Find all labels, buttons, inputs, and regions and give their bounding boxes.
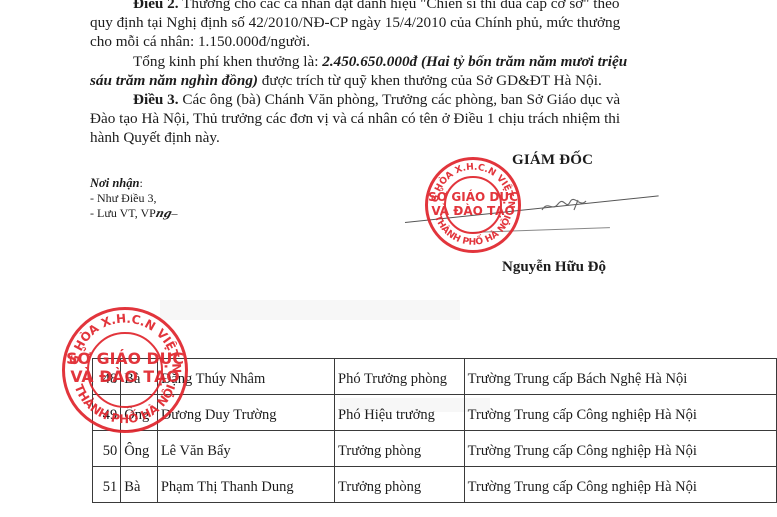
- funding-amount-words: sáu trăm năm nghìn đồng): [90, 72, 258, 89]
- stamp-center-text: SỞ GIÁO DỤCVÀ ĐÀO TẠO: [428, 191, 518, 219]
- row-number-cell: 51: [93, 467, 121, 503]
- recipients-label-text: Nơi nhận: [90, 176, 139, 190]
- stamp-line-2: VÀ ĐÀO TẠO: [65, 368, 185, 386]
- recipient-item-text: - Lưu VT, VP: [90, 206, 156, 220]
- job-position-cell: Phó Hiệu trưởng: [335, 395, 465, 431]
- recipients-block: Nơi nhận: - Như Điều 3, - Lưu VT, VPng–: [90, 176, 178, 221]
- article-2-line-3: cho mỗi cá nhân: 1.150.000đ/người.: [90, 32, 690, 51]
- article-2-line-2: quy định tại Nghị định số 42/2010/NĐ-CP …: [90, 13, 690, 32]
- job-position-cell: Trưởng phòng: [335, 467, 465, 503]
- article-3-heading: Điều 3.: [133, 91, 179, 108]
- signature-scrawl: [540, 196, 600, 216]
- work-unit-cell: Trường Trung cấp Bách Nghệ Hà Nội: [464, 359, 776, 395]
- official-stamp: CỘNG HÒA X.H.C.N VIỆT NAMTHÀNH PHỐ HÀ NỘ…: [425, 157, 521, 253]
- article-3-line-1: Các ông (bà) Chánh Văn phòng, Trưởng các…: [179, 91, 621, 108]
- table-row: 49ÔngDương Duy TrườngPhó Hiệu trưởngTrườ…: [93, 395, 777, 431]
- stamp-center-text: SỞ GIÁO DỤCVÀ ĐÀO TẠO: [65, 350, 185, 386]
- row-number-cell: 50: [93, 431, 121, 467]
- recipients-colon: :: [139, 176, 142, 190]
- official-stamp: CỘNG HÒA X.H.C.N VIỆT NAMTHÀNH PHỐ HÀ NỘ…: [62, 307, 188, 433]
- table-row: 50ÔngLê Văn BẩyTrưởng phòngTrường Trung …: [93, 431, 777, 467]
- awardee-table: 48BàĐặng Thúy NhâmPhó Trưởng phòngTrường…: [92, 358, 777, 503]
- recipients-label: Nơi nhận:: [90, 176, 178, 191]
- article-2: Điều 2. Thưởng cho các cá nhân đạt danh …: [90, 0, 690, 13]
- work-unit-cell: Trường Trung cấp Công nghiệp Hà Nội: [464, 395, 776, 431]
- table-row: 48BàĐặng Thúy NhâmPhó Trưởng phòngTrường…: [93, 359, 777, 395]
- article-3-line-3: hành Quyết định này.: [90, 128, 690, 147]
- article-3: Điều 3. Các ông (bà) Chánh Văn phòng, Tr…: [90, 90, 690, 109]
- article-2-heading: Điều 2.: [133, 0, 179, 12]
- funding-line: Tổng kinh phí khen thưởng là: 2.450.650.…: [90, 52, 690, 71]
- scan-shadow: [160, 300, 460, 320]
- stamp-line-1: SỞ GIÁO DỤC: [65, 350, 185, 368]
- table-row: 51BàPhạm Thị Thanh DungTrưởng phòngTrườn…: [93, 467, 777, 503]
- work-unit-cell: Trường Trung cấp Công nghiệp Hà Nội: [464, 467, 776, 503]
- person-name-cell: Phạm Thị Thanh Dung: [157, 467, 334, 503]
- stamp-line-2: VÀ ĐÀO TẠO: [428, 205, 518, 219]
- recipient-item: - Lưu VT, VPng–: [90, 206, 178, 221]
- funding-suffix: được trích từ quỹ khen thưởng của Sở GD&…: [258, 72, 602, 89]
- job-position-cell: Phó Trưởng phòng: [335, 359, 465, 395]
- stamp-line-1: SỞ GIÁO DỤC: [428, 191, 518, 205]
- honorific-cell: Bà: [121, 467, 158, 503]
- signer-title: GIÁM ĐỐC: [512, 152, 593, 169]
- svg-text:THÀNH PHỐ HÀ NỘI: THÀNH PHỐ HÀ NỘI: [432, 214, 514, 248]
- signer-name: Nguyễn Hữu Độ: [502, 259, 606, 276]
- article-2-line-1: Thưởng cho các cá nhân đạt danh hiệu "Ch…: [179, 0, 620, 12]
- svg-text:THÀNH PHỐ HÀ NỘI: THÀNH PHỐ HÀ NỘI: [72, 382, 179, 426]
- decision-body: Điều 2. Thưởng cho các cá nhân đạt danh …: [90, 0, 690, 148]
- recipient-item: - Như Điều 3,: [90, 191, 178, 206]
- person-name-cell: Lê Văn Bẩy: [157, 431, 334, 467]
- article-3-line-2: Đào tạo Hà Nội, Thủ trưởng các đơn vị và…: [90, 109, 690, 128]
- awardee-list: 48BàĐặng Thúy NhâmPhó Trưởng phòngTrường…: [92, 358, 777, 503]
- funding-line-2: sáu trăm năm nghìn đồng) được trích từ q…: [90, 71, 690, 90]
- decision-page: Điều 2. Thưởng cho các cá nhân đạt danh …: [0, 0, 777, 290]
- job-position-cell: Trưởng phòng: [335, 431, 465, 467]
- honorific-cell: Ông: [121, 431, 158, 467]
- funding-amount: 2.450.650.000đ (Hai tỷ bốn trăm năm mươi…: [322, 53, 627, 70]
- work-unit-cell: Trường Trung cấp Công nghiệp Hà Nội: [464, 431, 776, 467]
- funding-prefix: Tổng kinh phí khen thưởng là:: [133, 53, 322, 70]
